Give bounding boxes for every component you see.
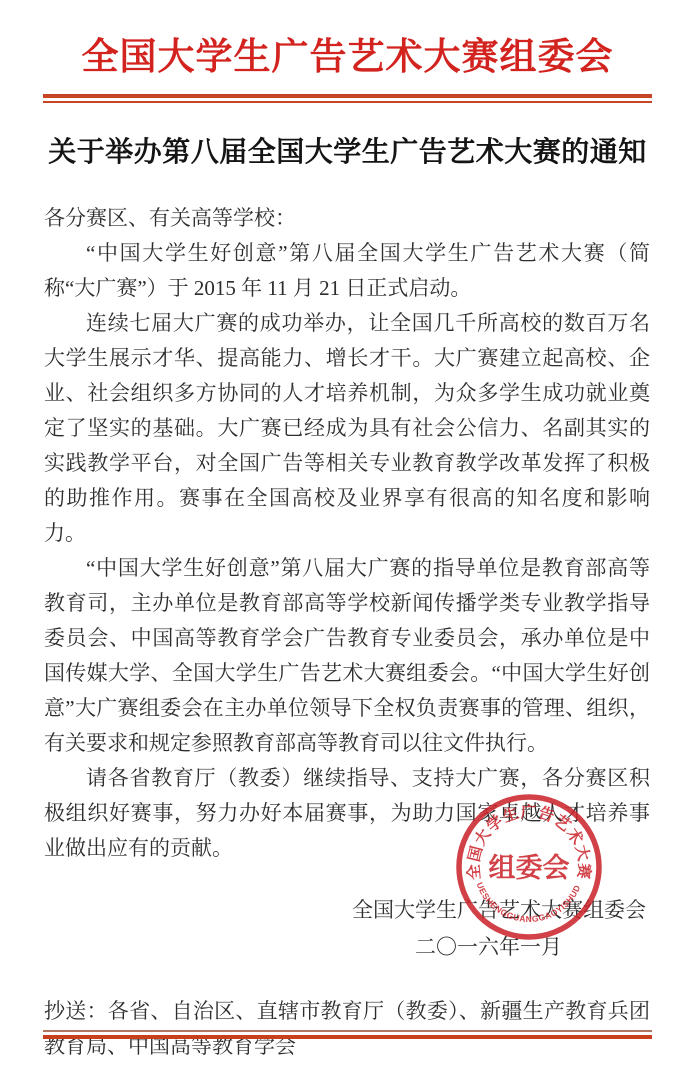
divider-thin-line xyxy=(43,101,652,103)
footer-divider xyxy=(43,1030,652,1039)
signature-date: 二〇一六年一月 xyxy=(44,929,650,966)
document-title: 关于举办第八届全国大学生广告艺术大赛的通知 xyxy=(0,130,695,170)
letterhead-title: 全国大学生广告艺术大赛组委会 xyxy=(0,34,695,82)
body-paragraph: “中国大学生好创意”第八届全国大学生广告艺术大赛（简称“大广赛”）于 2015 … xyxy=(44,236,650,306)
letterhead-divider xyxy=(43,94,652,103)
body-paragraph: “中国大学生好创意”第八届大广赛的指导单位是教育部高等教育司，主办单位是教育部高… xyxy=(44,551,650,761)
salutation-line: 各分赛区、有关高等学校： xyxy=(44,201,650,236)
notice-document-page: 全国大学生广告艺术大赛组委会 关于举办第八届全国大学生广告艺术大赛的通知 各分赛… xyxy=(0,0,695,1080)
footer-thick-line xyxy=(43,1035,652,1039)
body-paragraph: 连续七届大广赛的成功举办，让全国几千所高校的数百万名大学生展示才华、提高能力、增… xyxy=(44,306,650,551)
signature-block: 全国大学生广告艺术大赛组委会 二〇一六年一月 xyxy=(44,892,650,966)
document-body: 各分赛区、有关高等学校： “中国大学生好创意”第八届全国大学生广告艺术大赛（简称… xyxy=(44,201,650,866)
signature-org: 全国大学生广告艺术大赛组委会 xyxy=(44,892,650,929)
body-paragraph: 请各省教育厅（教委）继续指导、支持大广赛，各分赛区积极组织好赛事，努力办好本届赛… xyxy=(44,761,650,866)
